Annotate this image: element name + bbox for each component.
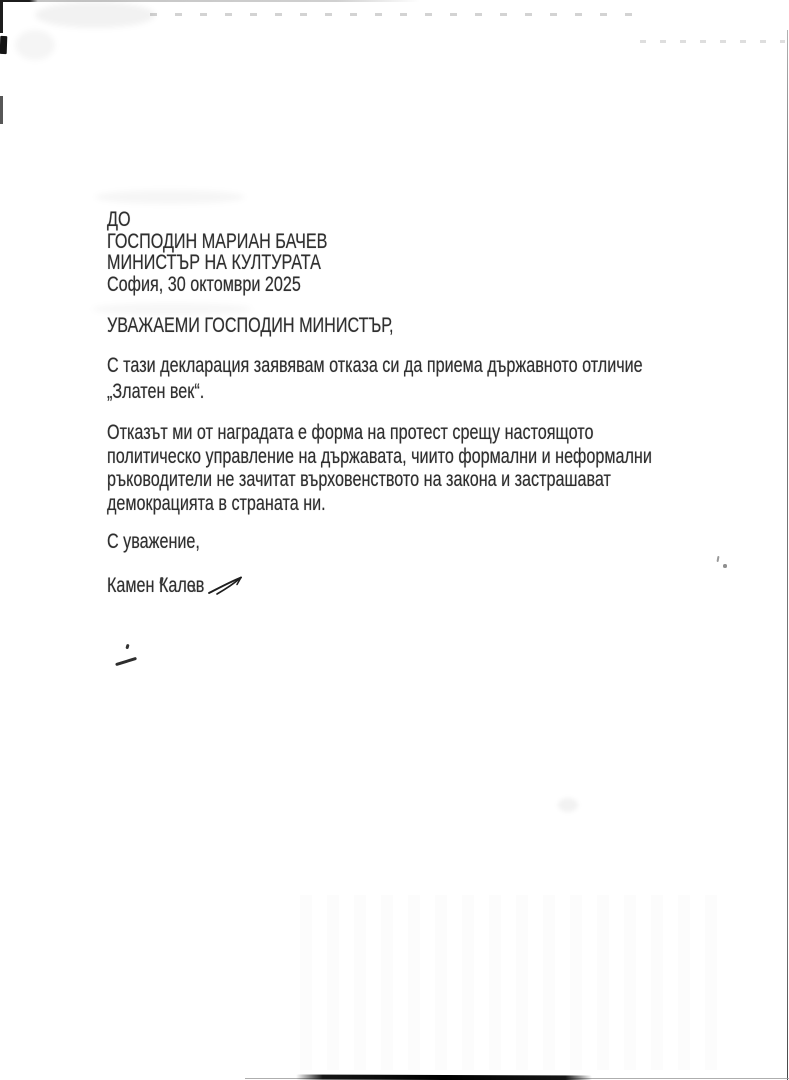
pen-mark: [125, 644, 129, 649]
paragraph-line: С тази декларация заявявам отказа си да …: [107, 353, 643, 379]
scan-artifact-top-edge: [0, 0, 420, 2]
dateline: София, 30 октомври 2025: [107, 274, 327, 296]
scan-artifact-left-edge: [0, 0, 3, 33]
salutation: УВАЖАЕМИ ГОСПОДИН МИНИСТЪР,: [107, 314, 479, 338]
scan-artifact-right-edge: [787, 30, 789, 1080]
scan-artifact-dotted-line: [150, 13, 632, 16]
pen-mark: [115, 657, 137, 666]
body-paragraph: Отказът ми от наградата е форма на проте…: [107, 421, 789, 515]
scan-speck: [723, 564, 727, 568]
closing-text: С уважение,: [107, 530, 200, 554]
scan-smudge: [15, 30, 55, 60]
closing: С уважение,: [107, 530, 228, 554]
body-paragraph: С тази декларация заявявам отказа си да …: [107, 353, 789, 405]
scan-smudge: [35, 2, 155, 28]
scan-artifact-bottom-edge: [245, 1078, 789, 1080]
paragraph-line: демокрацията в страната ни.: [107, 492, 652, 516]
recipient-line: МИНИСТЪР НА КУЛТУРАТА: [107, 252, 327, 274]
paragraph-line: Отказът ми от наградата е форма на проте…: [107, 421, 652, 445]
scan-artifact-bottom-edge: [296, 1074, 592, 1080]
scan-smudge: [558, 798, 578, 812]
scan-smudge: [95, 190, 245, 204]
recipient-line: ДО: [107, 209, 327, 231]
scan-speck: [716, 556, 719, 562]
scanned-letter-page: ДО ГОСПОДИН МАРИАН БАЧЕВ МИНИСТЪР НА КУЛ…: [0, 0, 789, 1080]
paragraph-line: „Златен век“.: [107, 379, 643, 405]
recipient-block: ДО ГОСПОДИН МАРИАН БАЧЕВ МИНИСТЪР НА КУЛ…: [107, 209, 393, 295]
scan-paper-texture: [300, 895, 730, 1070]
paragraph-line: ръководители не зачитат върховенството н…: [107, 468, 652, 492]
salutation-text: УВАЖАЕМИ ГОСПОДИН МИНИСТЪР,: [107, 314, 394, 338]
scan-artifact-left-edge: [0, 36, 7, 54]
scan-artifact-left-edge: [0, 96, 3, 124]
recipient-line: ГОСПОДИН МАРИАН БАЧЕВ: [107, 231, 327, 253]
signature-name: Камен Калев: [107, 574, 204, 598]
signature-block: Камен Калев: [107, 574, 233, 598]
paragraph-line: политическо управление на държавата, чии…: [107, 445, 652, 469]
scan-artifact-dotted-line: [640, 40, 785, 43]
